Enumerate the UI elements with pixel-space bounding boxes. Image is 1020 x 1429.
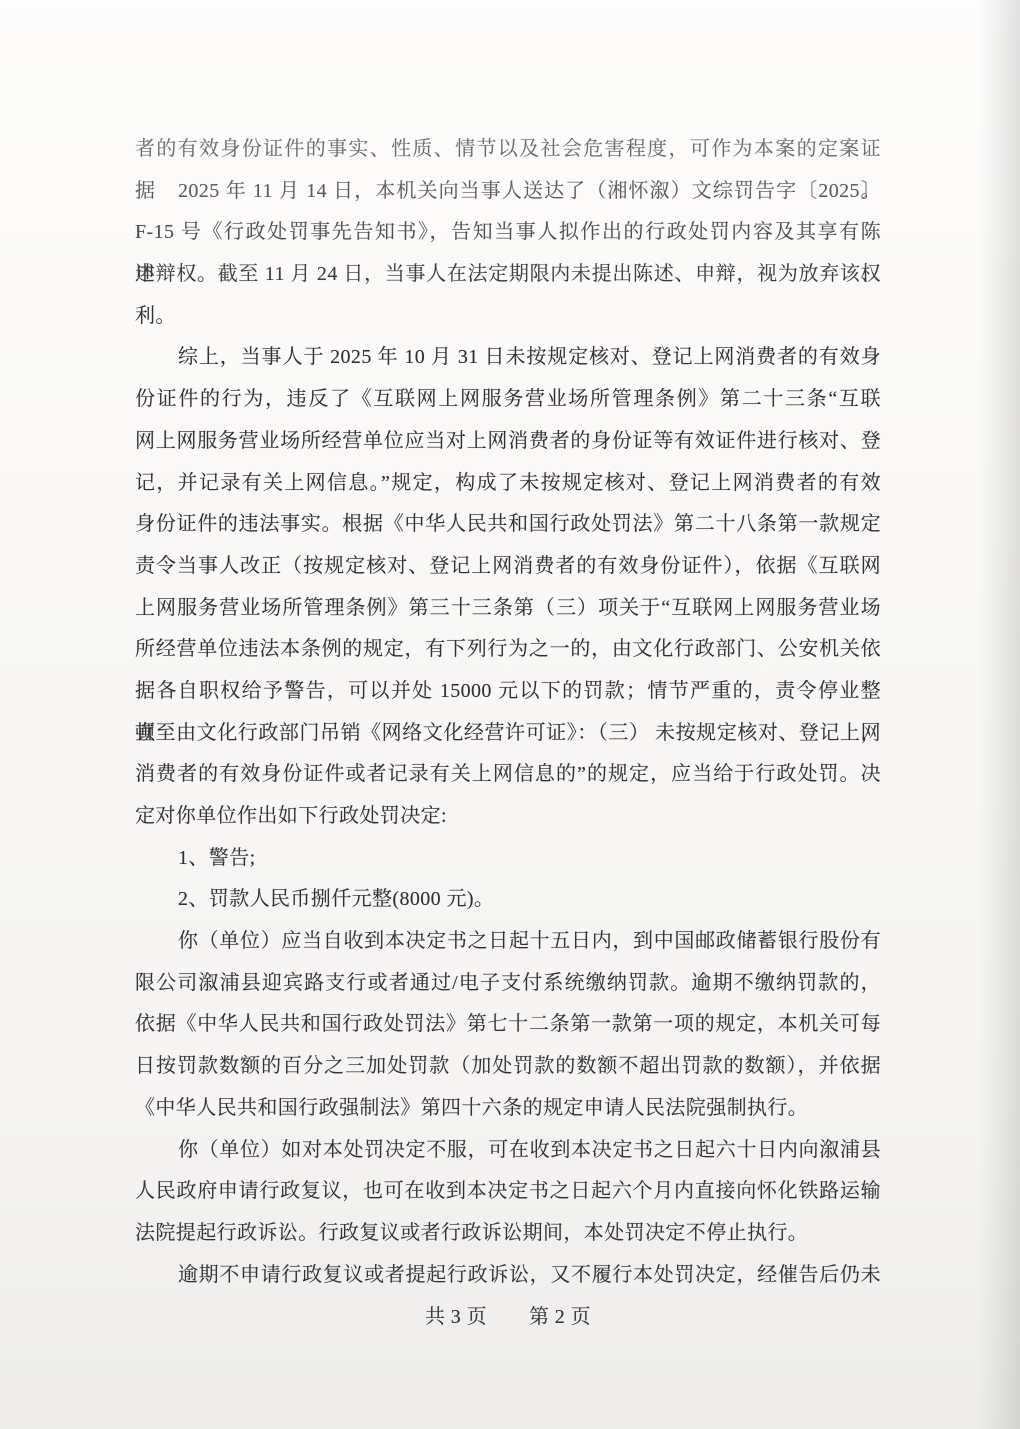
document-line: 人民政府申请行政复议，也可在收到本决定书之日起六个月内直接向怀化铁路运输 [135, 1171, 881, 1213]
document-line: 日按罚款数额的百分之三加处罚款（加处罚款的数额不超出罚款的数额），并依据 [135, 1046, 881, 1088]
document-line: 利。 [135, 296, 881, 338]
total-pages-label: 共 3 页 [425, 1296, 487, 1338]
document-line: 份证件的行为，违反了《互联网上网服务营业场所管理条例》第二十三条“互联 [135, 379, 881, 421]
document-line: 消费者的有效身份证件或者记录有关上网信息的”的规定，应当给于行政处罚。决 [135, 754, 881, 796]
document-line: 记，并记录有关上网信息。”规定，构成了未按规定核对、登记上网消费者的有效 [135, 463, 881, 505]
document-line: 你（单位）如对本处罚决定不服，可在收到本决定书之日起六十日内向溆浦县 [135, 1130, 881, 1172]
document-line: 依据《中华人民共和国行政处罚法》第七十二条第一款第一项的规定，本机关可每 [135, 1004, 881, 1046]
document-line: 1、警告; [135, 838, 881, 880]
document-line: F-15 号《行政处罚事先告知书》，告知当事人拟作出的行政处罚内容及其享有陈述、 [135, 212, 881, 254]
page-footer: 共 3 页 第 2 页 [135, 1296, 881, 1338]
document-line: 《中华人民共和国行政强制法》第四十六条的规定申请人民法院强制执行。 [135, 1088, 881, 1130]
document-line: 你（单位）应当自收到本决定书之日起十五日内，到中国邮政储蓄银行股份有 [135, 921, 881, 963]
document-line: 据各自职权给予警告，可以并处 15000 元以下的罚款；情节严重的，责令停业整顿… [135, 671, 881, 713]
document-line: 综上，当事人于 2025 年 10 月 31 日未按规定核对、登记上网消费者的有… [135, 337, 881, 379]
document-line: 身份证件的违法事实。根据《中华人民共和国行政处罚法》第二十八条第一款规定 [135, 504, 881, 546]
document-line: 上网服务营业场所管理条例》第三十三条第（三）项关于“互联网上网服务营业场 [135, 588, 881, 630]
document-body: 者的有效身份证件的事实、性质、情节以及社会危害程度，可作为本案的定案证据。202… [135, 129, 881, 1296]
document-page: 者的有效身份证件的事实、性质、情节以及社会危害程度，可作为本案的定案证据。202… [0, 0, 1020, 1429]
document-line: 者的有效身份证件的事实、性质、情节以及社会危害程度，可作为本案的定案证据。 [135, 129, 881, 171]
document-line: 网上网服务营业场所经营单位应当对上网消费者的身份证等有效证件进行核对、登 [135, 421, 881, 463]
current-page-label: 第 2 页 [529, 1296, 591, 1338]
document-line: 逾期不申请行政复议或者提起行政诉讼，又不履行本处罚决定，经催告后仍未 [135, 1255, 881, 1297]
document-line: 责令当事人改正（按规定核对、登记上网消费者的有效身份证件），依据《互联网 [135, 546, 881, 588]
document-line: 定对你单位作出如下行政处罚决定: [135, 796, 881, 838]
document-line: 直至由文化行政部门吊销《网络文化经营许可证》：（三） 未按规定核对、登记上网 [135, 713, 881, 755]
document-line: 所经营单位违法本条例的规定，有下列行为之一的，由文化行政部门、公安机关依 [135, 629, 881, 671]
document-line: 2025 年 11 月 14 日，本机关向当事人送达了（湘怀溆）文综罚告字〔20… [135, 171, 881, 213]
document-line: 2、罚款人民币捌仟元整(8000 元)。 [135, 879, 881, 921]
document-line: 限公司溆浦县迎宾路支行或者通过/电子支付系统缴纳罚款。逾期不缴纳罚款的， [135, 963, 881, 1005]
document-line: 申辩权。截至 11 月 24 日，当事人在法定期限内未提出陈述、申辩，视为放弃该… [135, 254, 881, 296]
document-line: 法院提起行政诉讼。行政复议或者行政诉讼期间，本处罚决定不停止执行。 [135, 1213, 881, 1255]
